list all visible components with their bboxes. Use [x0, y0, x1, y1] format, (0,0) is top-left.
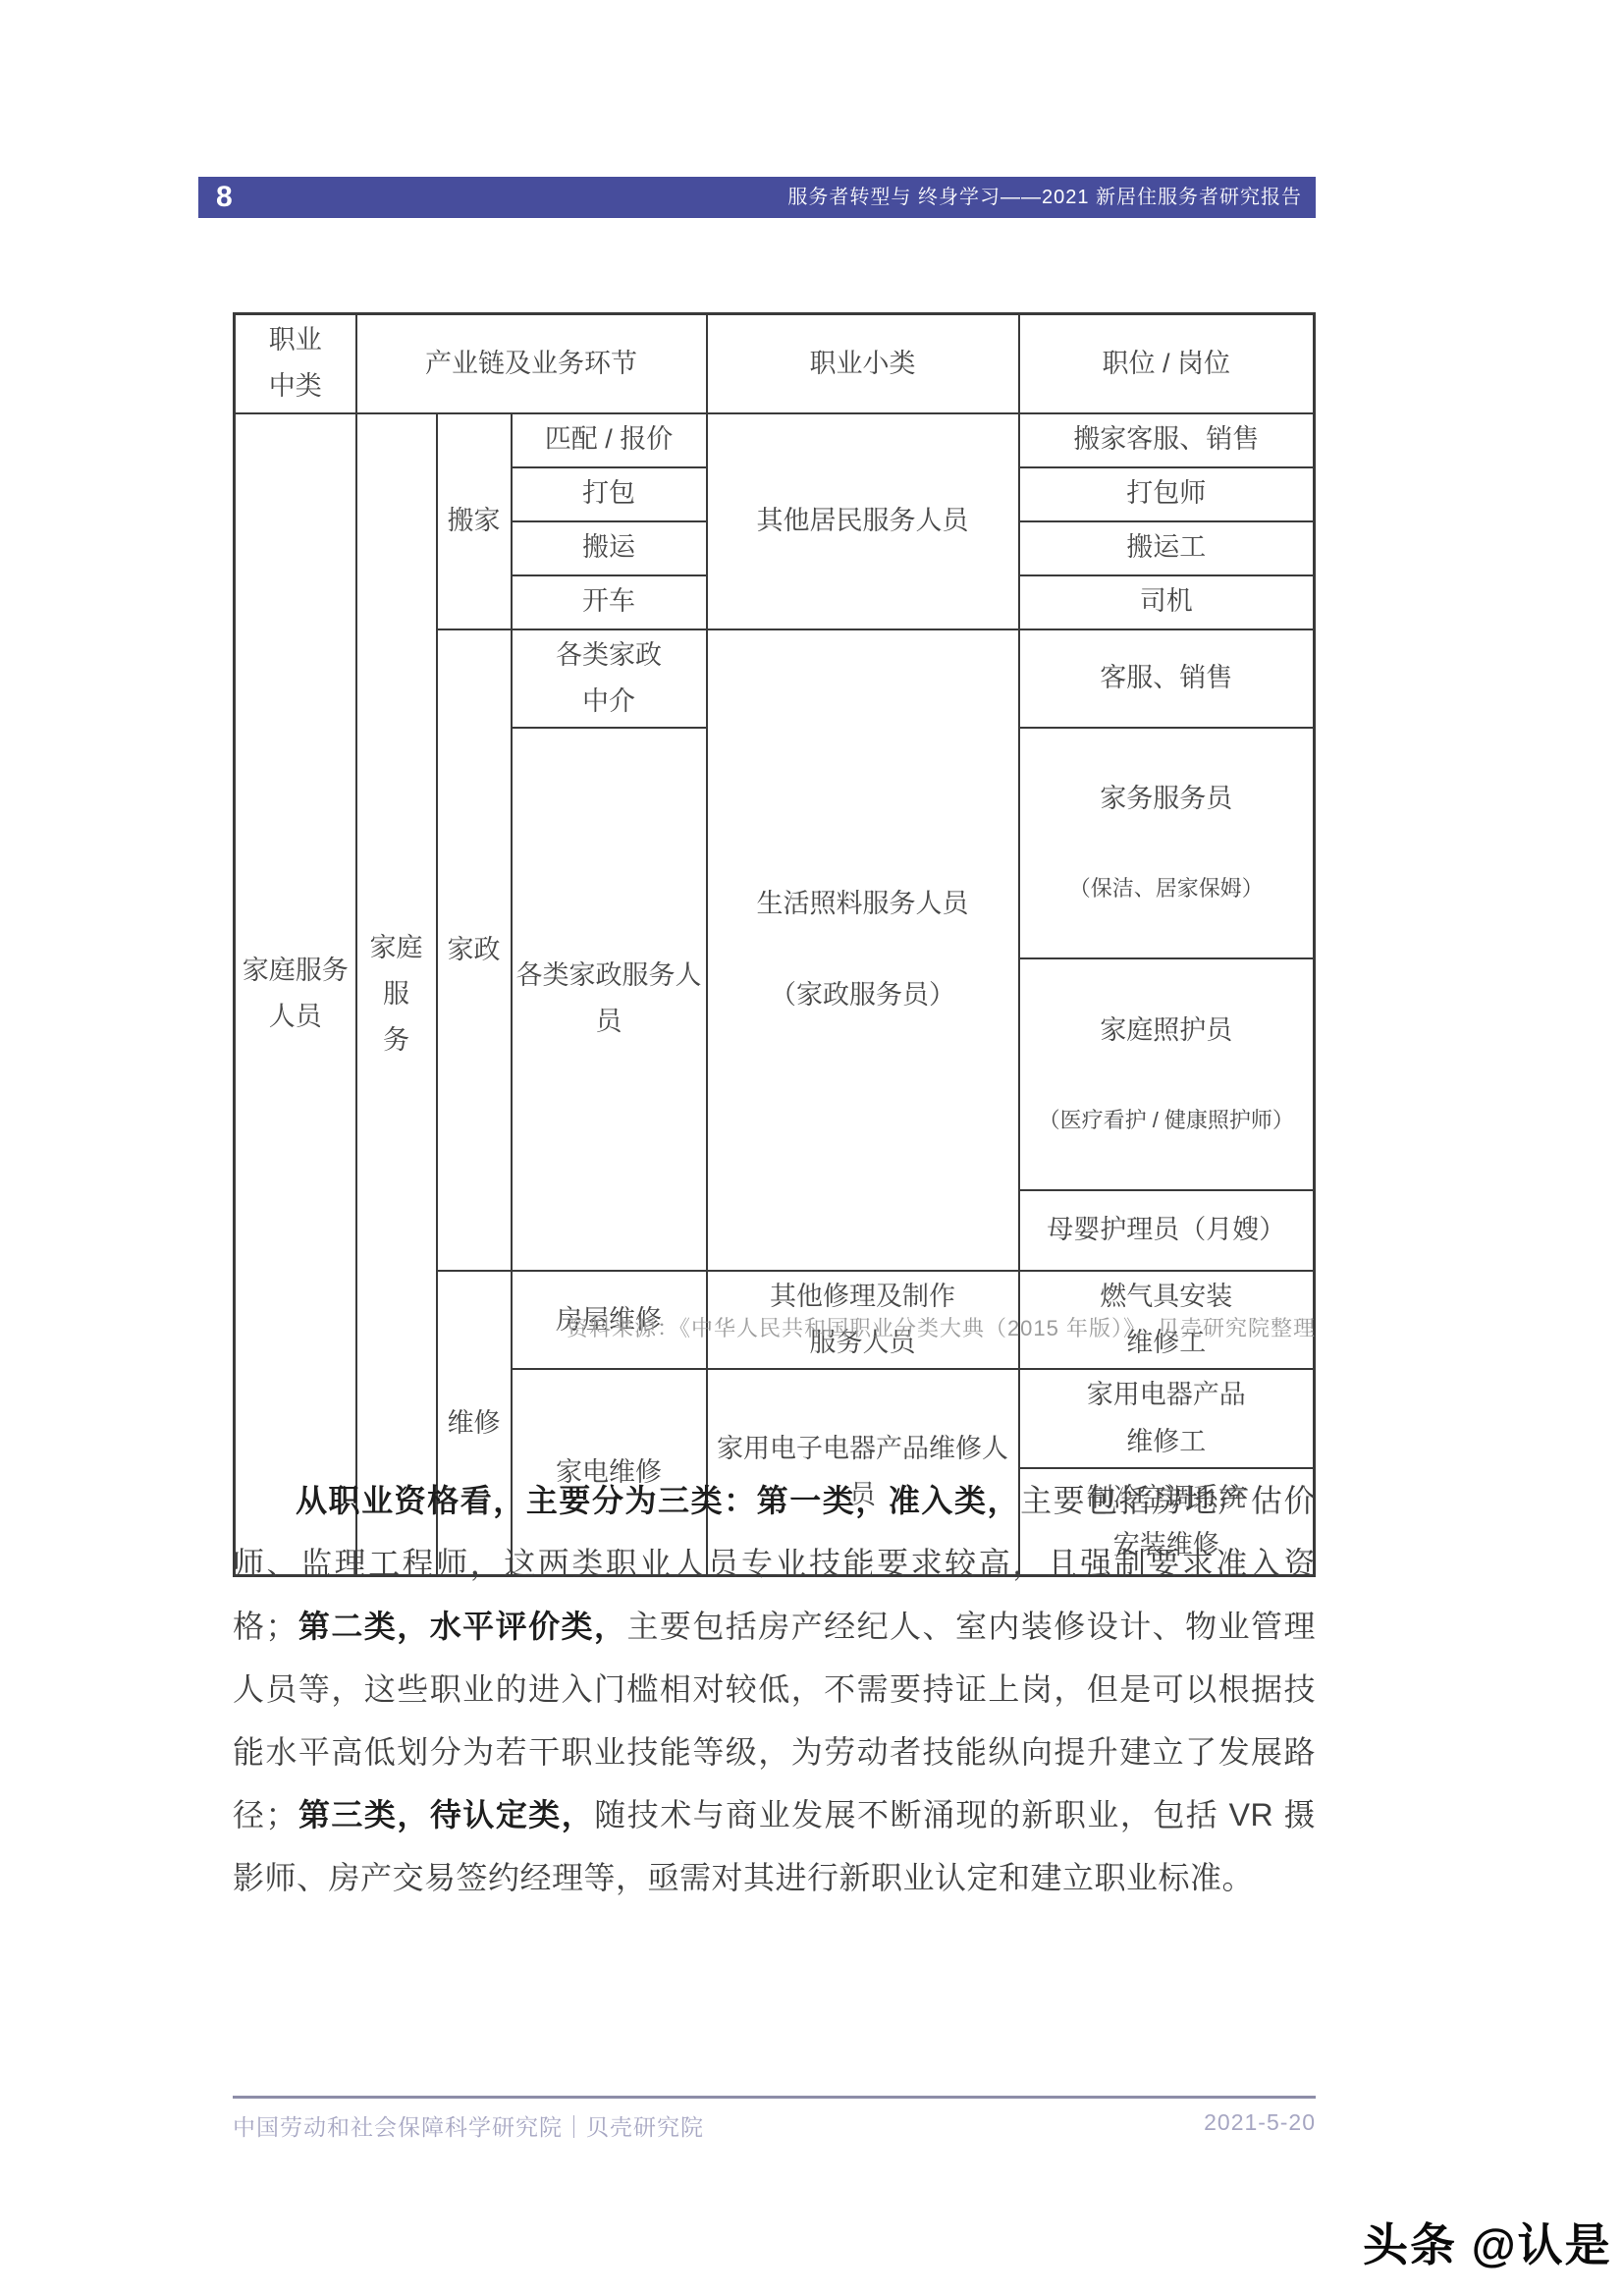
- paragraph-run: 第三类，待认定类，: [298, 1797, 594, 1832]
- cell-moving-drive: 开车: [512, 575, 707, 629]
- footer-date: 2021-5-20: [1204, 2109, 1316, 2142]
- cell-hk-post-1: 客服、销售: [1019, 629, 1315, 729]
- header-industry-chain: 产业链及业务环节: [356, 314, 707, 413]
- watermark: 头条 @认是: [1363, 2210, 1612, 2274]
- cell-rp-post-2: 家用电器产品 维修工: [1019, 1369, 1315, 1468]
- cell-moving-post-1: 搬家客服、销售: [1019, 413, 1315, 467]
- header-occupation-minor: 职业小类: [707, 314, 1019, 413]
- cell-moving-post-2: 打包师: [1019, 467, 1315, 521]
- cell-group-housekeeping: 家政: [437, 629, 512, 1271]
- footer-divider: [233, 2096, 1316, 2099]
- cell-moving-post-3: 搬运工: [1019, 521, 1315, 575]
- cell-hk-post-2: 家务服务员 （保洁、居家保姆）: [1019, 728, 1315, 958]
- page-number: 8: [216, 183, 233, 212]
- header-occupation-mid: 职业 中类: [235, 314, 356, 413]
- cell-hk-workers: 各类家政服务人 员: [512, 728, 707, 1271]
- paragraph-run: 第二类，水平评价类，: [298, 1609, 626, 1644]
- cell-moving-match: 匹配 / 报价: [512, 413, 707, 467]
- cell-industry-chain: 家庭服 务: [356, 413, 437, 1576]
- cell-moving-minor: 其他居民服务人员: [707, 413, 1019, 629]
- footer: 中国劳动和社会保障科学研究院｜贝壳研究院 2021-5-20: [233, 2109, 1316, 2142]
- table-header-row: 职业 中类 产业链及业务环节 职业小类 职位 / 岗位: [235, 314, 1315, 413]
- cell-group-moving: 搬家: [437, 413, 512, 629]
- cell-hk-post-2-line2: （保洁、居家保姆）: [1022, 868, 1312, 909]
- cell-hk-post-2-line1: 家务服务员: [1022, 777, 1312, 822]
- cell-moving-carry: 搬运: [512, 521, 707, 575]
- table-row: 家庭服务 人员 家庭服 务 搬家 匹配 / 报价 其他居民服务人员 搬家客服、销…: [235, 413, 1315, 467]
- header-bar: 8 服务者转型与 终身学习——2021 新居住服务者研究报告: [198, 177, 1316, 218]
- cell-hk-minor-line1: 生活照料服务人员: [710, 882, 1016, 927]
- report-page: 8 服务者转型与 终身学习——2021 新居住服务者研究报告 职业 中类 产业链…: [0, 0, 1623, 2296]
- report-title: 服务者转型与 终身学习——2021 新居住服务者研究报告: [787, 188, 1302, 207]
- cell-hk-post-4: 母婴护理员（月嫂）: [1019, 1190, 1315, 1271]
- cell-hk-minor-line2: （家政服务员）: [710, 973, 1016, 1018]
- footer-organization: 中国劳动和社会保障科学研究院｜贝壳研究院: [233, 2109, 704, 2142]
- cell-hk-post-3-line1: 家庭照护员: [1022, 1009, 1312, 1054]
- cell-hk-post-3: 家庭照护员 （医疗看护 / 健康照护师）: [1019, 958, 1315, 1189]
- source-note: 资料来源：《中华人民共和国职业分类大典（2015 年版）》，贝壳研究院整理: [233, 1312, 1316, 1342]
- cell-occupation-mid: 家庭服务 人员: [235, 413, 356, 1576]
- occupation-table: 职业 中类 产业链及业务环节 职业小类 职位 / 岗位 家庭服务 人员 家庭服 …: [233, 312, 1316, 1577]
- body-paragraph: 从职业资格看，主要分为三类：第一类，准入类，主要包括房地产估价师、监理工程师，这…: [233, 1469, 1316, 1909]
- cell-hk-agency: 各类家政 中介: [512, 629, 707, 729]
- paragraph-run: 从职业资格看，主要分为三类：第一类，准入类，: [296, 1483, 1020, 1518]
- cell-hk-post-3-line2: （医疗看护 / 健康照护师）: [1022, 1100, 1312, 1141]
- cell-moving-post-4: 司机: [1019, 575, 1315, 629]
- header-post: 职位 / 岗位: [1019, 314, 1315, 413]
- cell-hk-minor: 生活照料服务人员 （家政服务员）: [707, 629, 1019, 1271]
- cell-moving-pack: 打包: [512, 467, 707, 521]
